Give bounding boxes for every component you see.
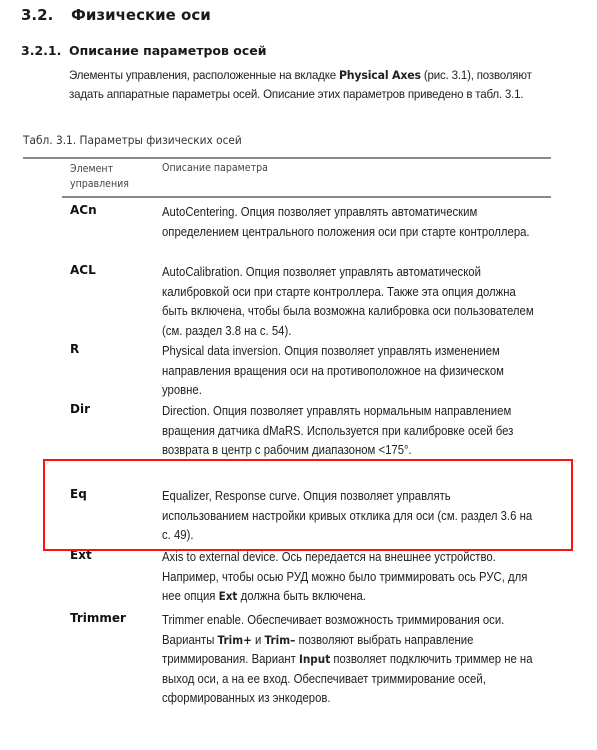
description-bold-term: Trim– [265,633,296,647]
description-bold-term: Input [299,652,330,666]
row-key: Trimmer [70,611,126,625]
row-description: AutoCentering. Опция позволяет управлять… [162,203,540,242]
description-bold-term: Trim+ [218,633,252,647]
section-title: Физические оси [71,6,211,24]
row-description: Axis to external device. Ось передается … [162,548,540,607]
table-top-rule [23,157,551,159]
intro-paragraph: Элементы управления, расположенные на вк… [69,66,559,103]
subsection-title: Описание параметров осей [69,43,267,58]
section-number: 3.2. [21,6,71,24]
row-key: Dir [70,402,90,416]
row-key: ACn [70,203,97,217]
subsection-heading: 3.2.1.Описание параметров осей [21,43,267,58]
row-description: Physical data inversion. Опция позволяет… [162,342,540,401]
intro-bold-term: Physical Axes [339,68,421,82]
description-bold-term: Ext [219,589,238,603]
table-caption: Табл. 3.1. Параметры физических осей [23,133,242,147]
row-key: ACL [70,263,96,277]
row-key: R [70,342,79,356]
section-heading: 3.2.Физические оси [21,6,211,24]
table-header-rule [62,196,551,198]
description-text: и [252,633,265,647]
table-header-description: Описание параметра [162,162,268,174]
description-text: должна быть включена. [237,589,366,603]
intro-text-before: Элементы управления, расположенные на вк… [69,68,339,82]
row-description: AutoCalibration. Опция позволяет управля… [162,263,540,341]
table-header-element: Элемент управления [70,162,142,192]
row-description: Direction. Опция позволяет управлять нор… [162,402,540,461]
highlight-annotation-box [43,459,573,551]
subsection-number: 3.2.1. [21,43,69,58]
row-description: Trimmer enable. Обеспечивает возможность… [162,611,540,709]
